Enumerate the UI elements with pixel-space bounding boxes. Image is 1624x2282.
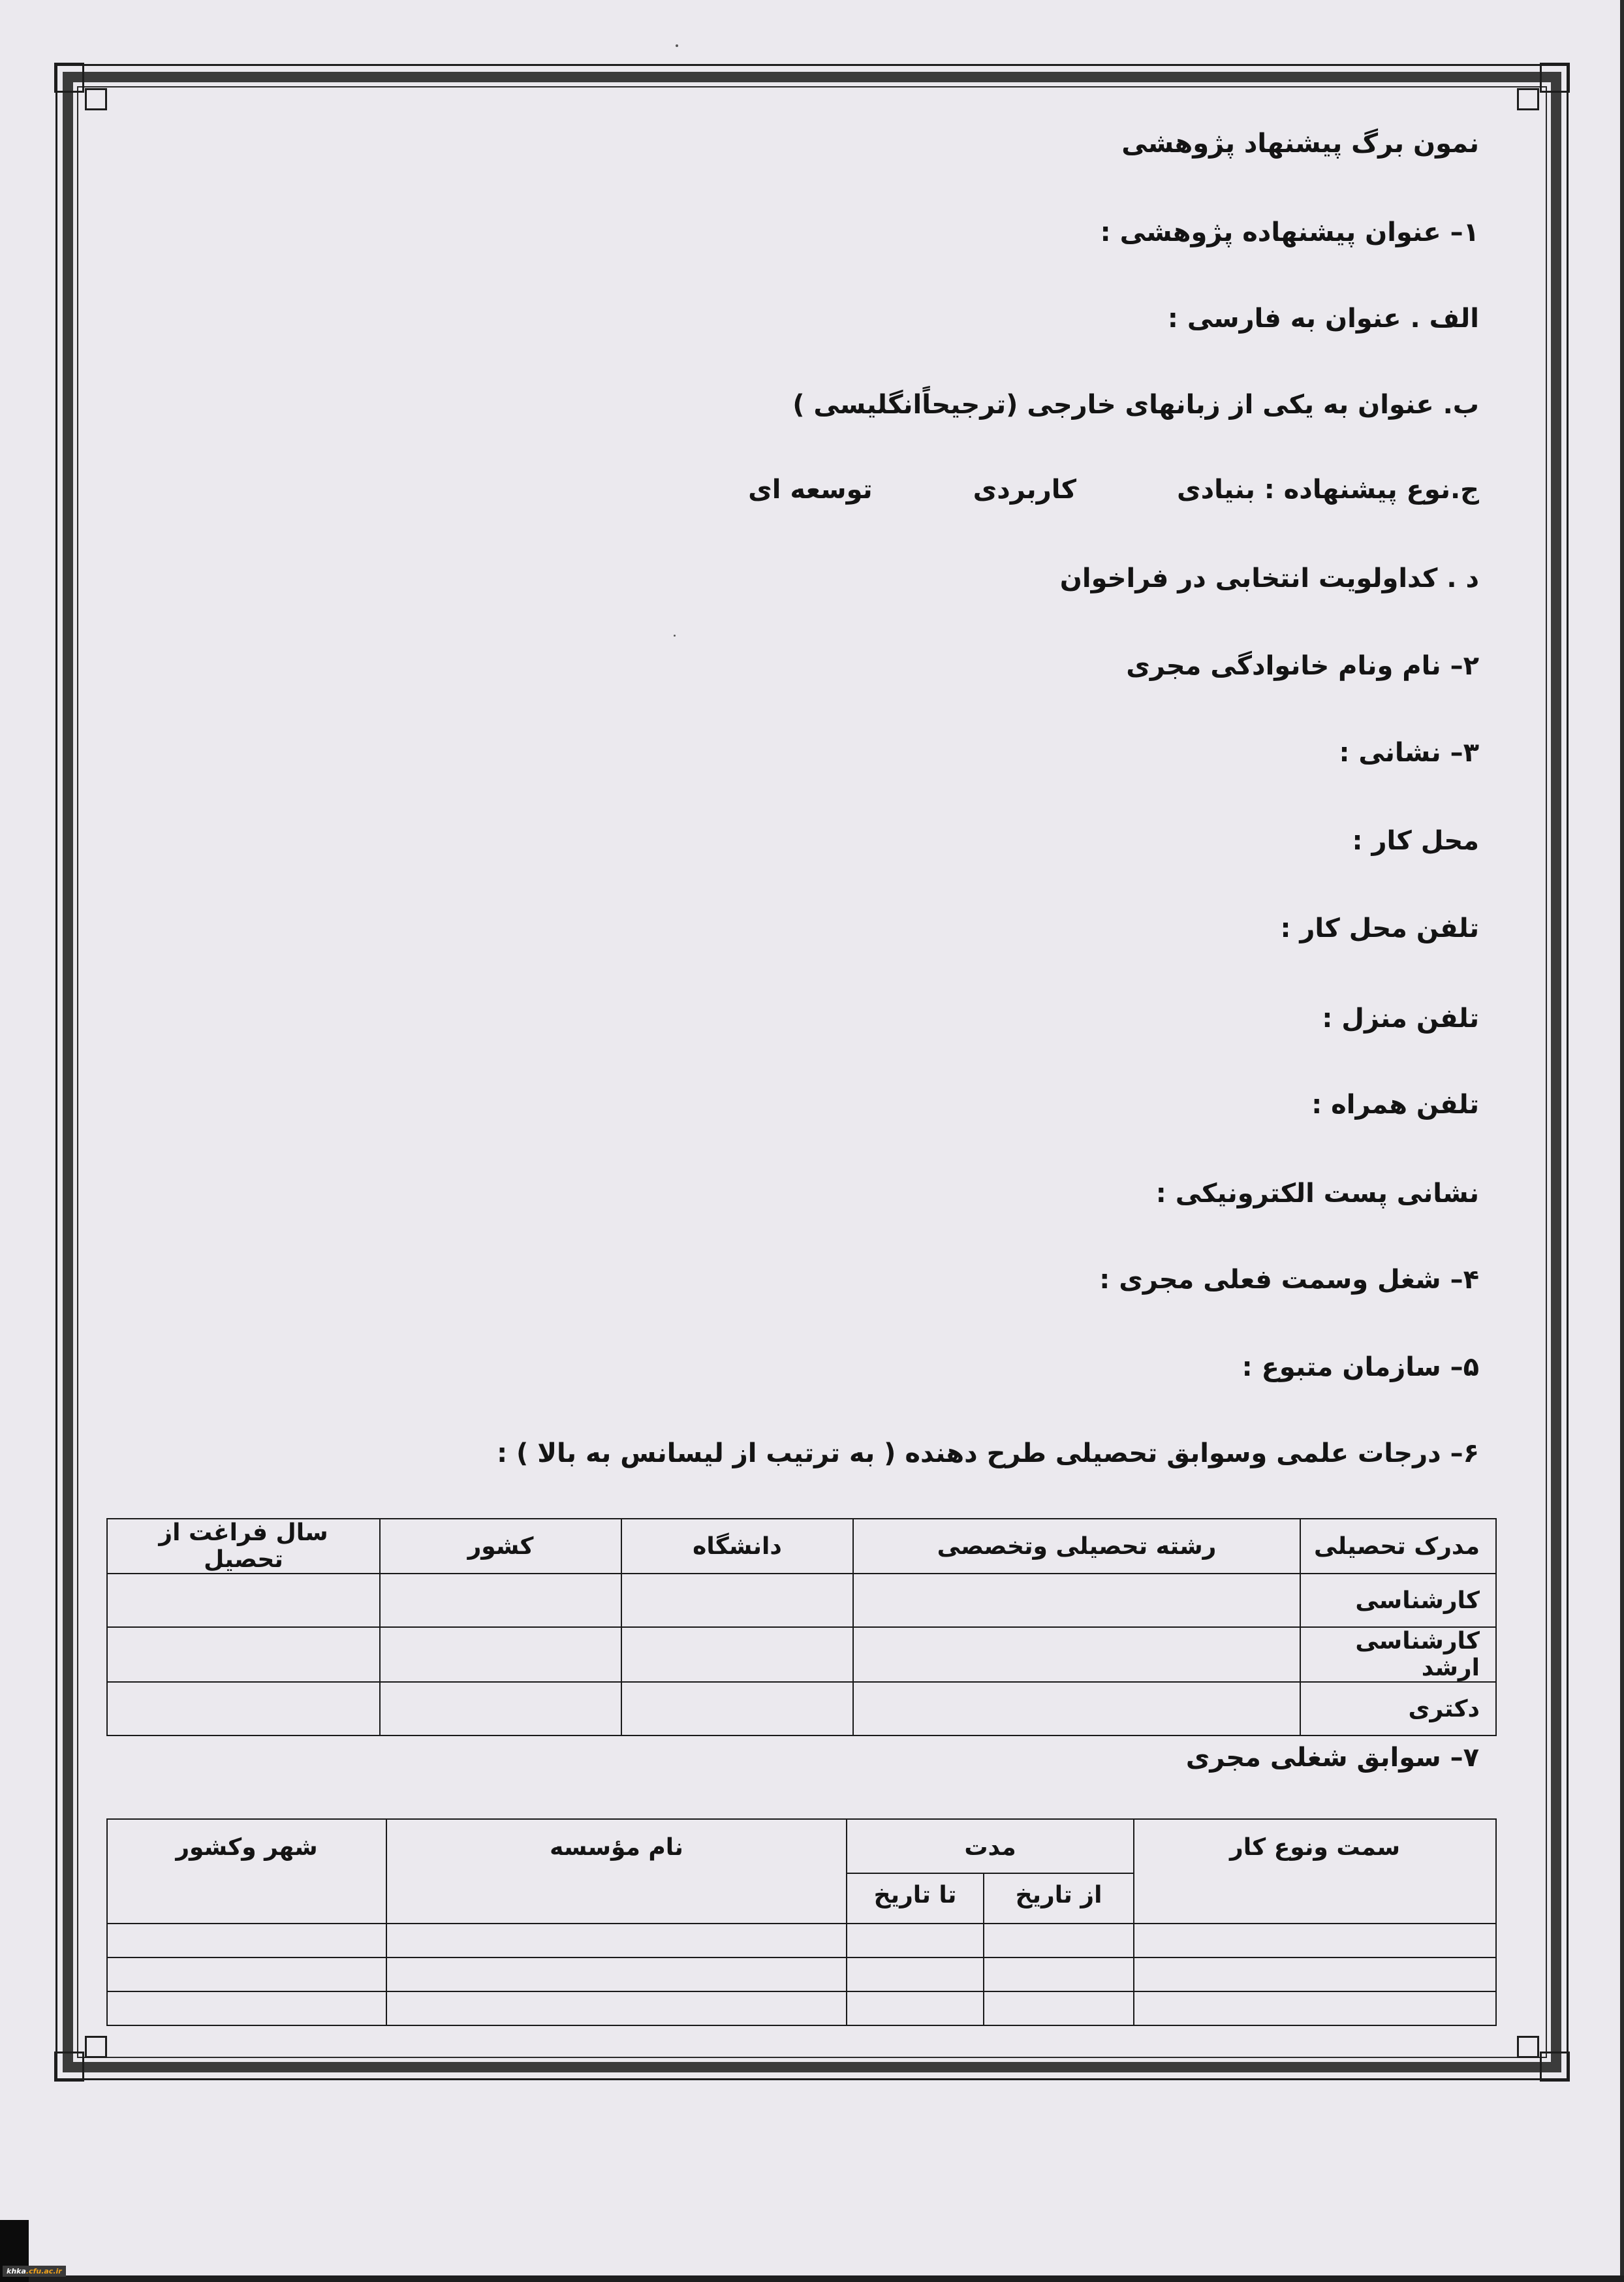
cell-field[interactable] xyxy=(853,1627,1300,1682)
cell-position[interactable] xyxy=(1134,1991,1496,2025)
section-5-organization: ۵– سازمان متبوع : xyxy=(1242,1354,1479,1380)
frame-corner-inner-top-right xyxy=(1517,88,1539,110)
cell-position[interactable] xyxy=(1134,1924,1496,1957)
cell-from-date[interactable] xyxy=(984,1957,1134,1991)
home-phone-label: تلفن منزل : xyxy=(1322,1006,1479,1032)
frame-corner-inner-bottom-left xyxy=(85,2036,107,2058)
section-1-proposal-title: ۱– عنوان پیشنهاده پژوهشی : xyxy=(1101,219,1479,246)
workplace-label: محل کار : xyxy=(1352,828,1479,854)
cell-university[interactable] xyxy=(621,1682,853,1735)
form-title: نمون برگ پیشنهاد پژوهشی xyxy=(1121,131,1479,157)
cell-institution[interactable] xyxy=(386,1957,847,1991)
frame-corner-ornament-bottom-left xyxy=(54,2052,84,2082)
proposal-type-option-developmental: توسعه ای xyxy=(748,475,873,505)
cell-city-country[interactable] xyxy=(107,1924,386,1957)
frame-corner-inner-bottom-right xyxy=(1517,2036,1539,2058)
header-graduation-year: سال فراغت از تحصیل xyxy=(107,1519,380,1574)
cell-country[interactable] xyxy=(380,1682,621,1735)
cell-university[interactable] xyxy=(621,1627,853,1682)
cell-to-date[interactable] xyxy=(847,1924,984,1957)
header-degree: مدرک تحصیلی xyxy=(1300,1519,1496,1574)
table-row xyxy=(107,1957,1496,1991)
header-city-country: شهر وکشور xyxy=(107,1819,386,1924)
proposal-type-label-basic: ج.نوع پیشنهاده : بنیادی xyxy=(1177,475,1479,505)
job-table-header: سمت ونوع کار مدت نام مؤسسه شهر وکشور xyxy=(107,1819,1496,1873)
frame-corner-ornament-top-right xyxy=(1540,63,1570,93)
header-to-date: تا تاریخ xyxy=(847,1873,984,1924)
cell-to-date[interactable] xyxy=(847,1957,984,1991)
header-duration: مدت xyxy=(847,1819,1134,1873)
degree-doctorate: دکتری xyxy=(1300,1682,1496,1735)
table-row xyxy=(107,1991,1496,2025)
header-position-type: سمت ونوع کار xyxy=(1134,1819,1496,1924)
table-row: کارشناسی xyxy=(107,1574,1496,1627)
cell-institution[interactable] xyxy=(386,1924,847,1957)
table-row: کارشناسی ارشد xyxy=(107,1627,1496,1682)
scan-edge-right xyxy=(1620,0,1624,2282)
scan-speck xyxy=(674,635,676,637)
cell-year[interactable] xyxy=(107,1682,380,1735)
watermark: khka.cfu.ac.ir xyxy=(3,2266,66,2277)
cell-year[interactable] xyxy=(107,1574,380,1627)
cell-country[interactable] xyxy=(380,1574,621,1627)
section-4-job-position: ۴– شغل وسمت فعلی مجری : xyxy=(1099,1267,1479,1293)
cell-city-country[interactable] xyxy=(107,1991,386,2025)
education-table-header: مدرک تحصیلی رشته تحصیلی وتخصصی دانشگاه ک… xyxy=(107,1519,1496,1574)
cell-country[interactable] xyxy=(380,1627,621,1682)
degree-bachelor: کارشناسی xyxy=(1300,1574,1496,1627)
section-1c-proposal-type: ج.نوع پیشنهاده : بنیادی کاربردی توسعه ای xyxy=(748,475,1479,505)
table-row: دکتری xyxy=(107,1682,1496,1735)
frame-corner-inner-top-left xyxy=(85,88,107,110)
education-table: مدرک تحصیلی رشته تحصیلی وتخصصی دانشگاه ک… xyxy=(106,1518,1497,1736)
section-7-job-history: ۷– سوابق شغلی مجری xyxy=(1186,1745,1479,1771)
cell-field[interactable] xyxy=(853,1682,1300,1735)
cell-field[interactable] xyxy=(853,1574,1300,1627)
section-3-address: ۳– نشانی : xyxy=(1339,740,1480,766)
frame-corner-ornament-bottom-right xyxy=(1540,2052,1570,2082)
section-1b-foreign-title: ب. عنوان به یکی از زبانهای خارجی (ترجیحا… xyxy=(792,392,1479,418)
scan-edge-bottom xyxy=(0,2275,1624,2282)
proposal-type-option-applied: کاربردی xyxy=(973,475,1076,505)
mobile-phone-label: تلفن همراه : xyxy=(1311,1092,1479,1118)
frame-corner-ornament-top-left xyxy=(54,63,84,93)
header-institution: نام مؤسسه xyxy=(386,1819,847,1924)
header-university: دانشگاه xyxy=(621,1519,853,1574)
email-label: نشانی پست الکترونیکی : xyxy=(1156,1181,1479,1207)
cell-university[interactable] xyxy=(621,1574,853,1627)
section-1d-priority-code: د . کداولویت انتخابی در فراخوان xyxy=(1060,565,1479,592)
cell-to-date[interactable] xyxy=(847,1991,984,2025)
cell-year[interactable] xyxy=(107,1627,380,1682)
cell-from-date[interactable] xyxy=(984,1924,1134,1957)
scan-speck xyxy=(676,44,678,47)
section-1a-persian-title: الف . عنوان به فارسی : xyxy=(1168,306,1479,332)
work-phone-label: تلفن محل کار : xyxy=(1280,915,1479,942)
watermark-domain: .cfu.ac.ir xyxy=(26,2267,62,2275)
header-field-of-study: رشته تحصیلی وتخصصی xyxy=(853,1519,1300,1574)
header-from-date: از تاریخ xyxy=(984,1873,1134,1924)
section-6-academic-degrees: ۶– درجات علمی وسوابق تحصیلی طرح دهنده ( … xyxy=(497,1440,1479,1466)
degree-master: کارشناسی ارشد xyxy=(1300,1627,1496,1682)
section-2-executor-name: ۲– نام ونام خانوادگی مجری xyxy=(1126,653,1479,679)
job-history-table: سمت ونوع کار مدت نام مؤسسه شهر وکشور از … xyxy=(106,1818,1497,2026)
table-row xyxy=(107,1924,1496,1957)
header-country: کشور xyxy=(380,1519,621,1574)
cell-position[interactable] xyxy=(1134,1957,1496,1991)
cell-city-country[interactable] xyxy=(107,1957,386,1991)
watermark-prefix: khka xyxy=(7,2267,26,2275)
cell-institution[interactable] xyxy=(386,1991,847,2025)
cell-from-date[interactable] xyxy=(984,1991,1134,2025)
